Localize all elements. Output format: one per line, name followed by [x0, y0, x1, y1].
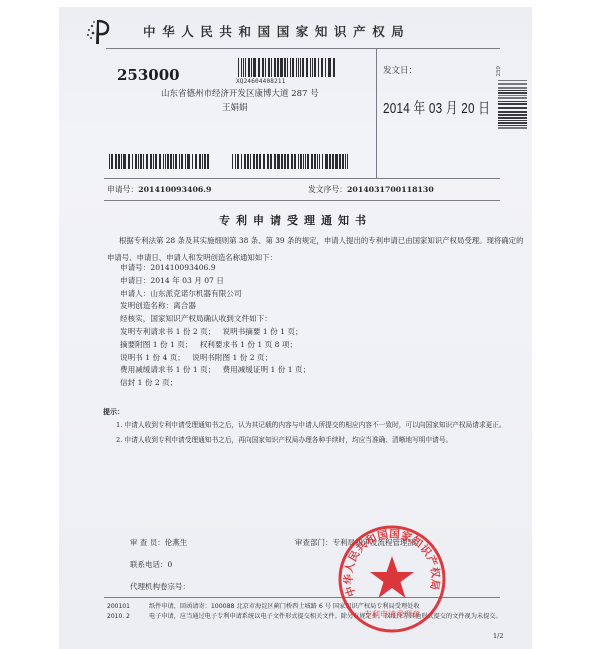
detail-received-intro: 经核实，国家知识产权局确认收到文件如下：: [120, 313, 310, 326]
recipient-address: 山东省德州市经济开发区康博大道 287 号: [161, 87, 319, 99]
agent-file-number: 代理机构卷宗号：: [130, 581, 190, 592]
document-list-item: 信封 1 份 2 页；: [120, 377, 310, 390]
contact-phone: 联系电话：0: [130, 559, 172, 570]
detail-filing-date: 申请日：2014 年 03 月 07 日: [120, 275, 310, 288]
svg-text:专利申请受理章: 专利申请受理章: [364, 609, 420, 619]
document-list-item: 费用减缓请求书 1 份 1 页； 费用减缓证明 1 份 1 页；: [120, 364, 310, 377]
document-list-item: 摘要附图 1 份 1 页； 权利要求书 1 份 1 页 8 项；: [120, 339, 310, 352]
reference-rule-bottom: [104, 200, 500, 201]
application-number: 申请号：201410093406.9: [107, 184, 211, 195]
document-serial-label: 发文序号：: [308, 185, 347, 194]
header-rule: [106, 48, 500, 49]
document-list-item: 说明书 1 份 4 页； 说明书附图 1 份 2 页；: [120, 352, 310, 365]
tips-heading: 提示：: [103, 407, 124, 417]
document-list-item: 发明专利请求书 1 份 2 页； 说明书摘要 1 份 1 页；: [120, 326, 310, 339]
application-number-label: 申请号：: [107, 185, 138, 194]
intro-paragraph: 根据专利法第 28 条及其实施细则第 38 条、第 39 条的规定，申请人提出的…: [107, 232, 527, 266]
mail-barcode: [238, 58, 337, 77]
application-number-value: 201410093406.9: [138, 185, 211, 194]
detail-invention-title: 发明创造名称：离合器: [120, 300, 310, 313]
tip-item: 1. 申请人收到专利申请受理通知书之后，认为其记载的内容与申请人所提交的相应内容…: [103, 418, 518, 433]
reference-rule-top: [104, 178, 500, 179]
barcode-right: [232, 154, 350, 169]
postcode: 253000: [117, 66, 180, 84]
page-number: 1/2: [493, 632, 503, 640]
tip-item: 2. 申请人收到专利申请受理通知书之后，再向国家知识产权局办理各种手续时，均应当…: [103, 433, 518, 448]
side-barcode-caption: 259: [496, 66, 502, 77]
detail-applicant: 申请人：山东派克诺尔机器有限公司: [120, 288, 310, 301]
header-divider: [376, 48, 377, 178]
office-name: 中华人民共和国国家知识产权局: [143, 22, 410, 40]
barcode-caption: XQ24604408211: [236, 78, 286, 85]
form-codes: 200101 2010. 2: [107, 602, 130, 621]
form-version: 2010. 2: [107, 612, 130, 622]
document-serial: 发文序号：2014031700118130: [308, 184, 434, 195]
cnipa-logo-icon: [85, 16, 111, 46]
official-seal-icon: 中华人民共和国国家知识产权局 专利申请受理章: [336, 523, 448, 635]
application-details: 申请号：201410093406.9 申请日：2014 年 03 月 07 日 …: [120, 262, 310, 390]
form-code: 200101: [107, 602, 130, 612]
document-serial-value: 2014031700118130: [347, 185, 434, 194]
detail-application-no: 申请号：201410093406.9: [120, 262, 310, 275]
barcode-left: [109, 154, 210, 169]
document-title: 专利申请受理通知书: [59, 212, 532, 228]
issue-date: 2014 年 03 月 20 日: [383, 97, 490, 118]
tips-list: 1. 申请人收到专利申请受理通知书之后，认为其记载的内容与申请人所提交的相应内容…: [103, 418, 518, 448]
issue-date-label: 发文日：: [383, 64, 417, 76]
examiner: 审 查 员：伦燕生: [130, 537, 187, 548]
recipient-name: 王娟娟: [222, 101, 248, 113]
side-barcode: [498, 80, 527, 131]
